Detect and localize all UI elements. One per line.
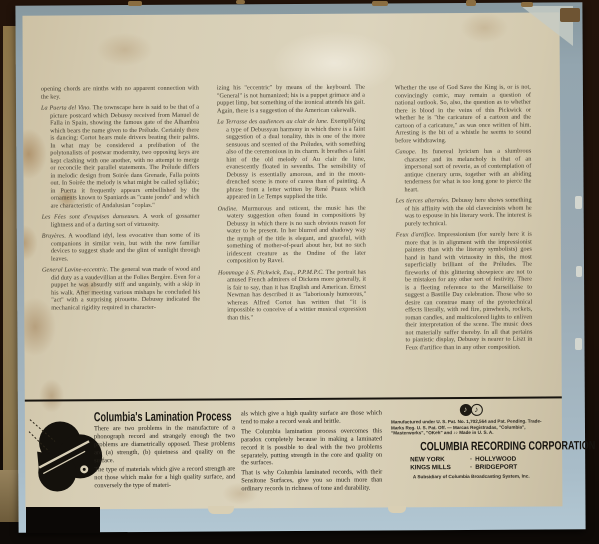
subsidiary-line: A Subsidiary of Columbia Broadcasting Sy…: [391, 474, 551, 480]
notes-entry: Les tierces alternées. Debussy here show…: [396, 197, 532, 228]
entry-title: Les tierces alternées.: [396, 197, 450, 204]
entry-title: Les Fées sont d'exquises danseuses.: [42, 213, 140, 221]
lamination-paragraph: There are two problems in the manufactur…: [94, 424, 235, 464]
notes-paragraph: Whether the use of God Save the King is,…: [395, 84, 531, 145]
entry-title: Canope.: [395, 148, 416, 155]
entry-title: La Terrasse des audiences au clair de lu…: [217, 118, 329, 126]
entry-text: A woodland idyl, less evocative than som…: [51, 232, 200, 262]
lamination-paragraph: That is why Columbia laminated records, …: [241, 469, 382, 494]
album-cover-board: opening chords are ninths with no appare…: [15, 2, 585, 532]
notes-paragraph: izing his "eccentric" by means of the ke…: [217, 84, 365, 115]
entry-title: Ondine.: [218, 205, 238, 212]
entry-title: Hommage à S. Pickwick, Esq., P.P.M.P.C.: [218, 268, 324, 276]
entry-text: Murmurous and reticent, the music has th…: [227, 204, 366, 264]
lamination-paragraph: als which give a high quality surface ar…: [241, 410, 382, 427]
notes-column-3: Whether the use of God Save the King is,…: [395, 84, 533, 352]
magic-notes-logo-icon: ♪ ♪: [391, 402, 551, 417]
city-separator: ·: [467, 456, 475, 464]
entry-title: Feux d'artifice.: [396, 231, 436, 238]
notes-entry: Canope. Its funereal lyricism has a slum…: [395, 148, 531, 194]
edge-chip: [128, 1, 142, 6]
entry-title: Bruyères.: [42, 232, 66, 239]
entry-text: Impressionism (for surely here it is mor…: [405, 231, 533, 351]
lamination-text-column-1: Columbia's Lamination Process There are …: [94, 412, 235, 490]
bottom-tear-notch: [208, 506, 234, 514]
shadow-bottom-left: [26, 507, 100, 533]
plant-cities: NEW YORK · HOLLYWOOD KINGS MILLS · BRIDG…: [410, 456, 532, 473]
liner-notes-paper: opening chords are ninths with no appare…: [22, 12, 562, 509]
torn-corner-chip: [560, 8, 580, 22]
notes-entry: Bruyères. A woodland idyl, less evocativ…: [42, 232, 200, 263]
entry-text: Exemplifying a type of Debussyan harmony…: [226, 118, 365, 201]
photo-of-album-back-cover: opening chords are ninths with no appare…: [0, 0, 599, 544]
notes-entry: Feux d'artifice. Impressionism (for sure…: [396, 231, 533, 352]
entry-title: La Puerta del Vino.: [41, 104, 91, 111]
lamination-heading: Columbia's Lamination Process: [94, 413, 193, 422]
patent-fine-print: Manufactured under U. S. Pat. No. 1,702,…: [391, 418, 551, 436]
lamination-paragraph: The type of materials which give a recor…: [94, 466, 235, 491]
edge-chip-right: [575, 338, 582, 350]
lamination-paragraph: The Columbia lamination process overcome…: [241, 427, 382, 467]
notes-column-1: opening chords are ninths with no appare…: [41, 85, 200, 312]
magic-note-left-icon: ♪: [459, 404, 471, 416]
notes-column-2: izing his "eccentric" by means of the ke…: [217, 84, 366, 322]
notes-entry: La Puerta del Vino. The townscape here i…: [41, 104, 200, 210]
edge-chip-right: [576, 266, 582, 277]
edge-chip: [236, 0, 245, 4]
lamination-panel: Columbia's Lamination Process There are …: [25, 398, 563, 509]
edge-chip: [466, 0, 476, 6]
city-kings-mills: KINGS MILLS: [410, 464, 467, 472]
edge-chip: [372, 1, 388, 6]
entry-text: opening chords are ninths with no appare…: [41, 85, 199, 100]
notes-paragraph: opening chords are ninths with no appare…: [41, 85, 199, 101]
lamination-text-column-2: als which give a high quality surface ar…: [241, 408, 383, 494]
magic-note-right-icon: ♪: [470, 404, 482, 416]
cities-row-2: KINGS MILLS · BRIDGEPORT: [410, 464, 532, 473]
entry-text: Its funereal lyricism has a slumbrous ch…: [404, 148, 531, 193]
notes-entry: Les Fées sont d'exquises danseuses. A wo…: [42, 213, 200, 229]
entry-text: izing his "eccentric" by means of the ke…: [217, 84, 365, 114]
entry-title: General Lavine-eccentric.: [42, 266, 108, 273]
columbia-corp-block: ♪ ♪ Manufactured under U. S. Pat. No. 1,…: [391, 402, 551, 479]
edge-chip-right: [575, 196, 582, 209]
company-name: COLUMBIA RECORDING CORPORATION: [420, 438, 595, 453]
notes-entry: La Terrasse des audiences au clair de lu…: [217, 118, 366, 201]
edge-chip: [521, 2, 533, 7]
notes-entry: Ondine. Murmurous and reticent, the musi…: [218, 204, 366, 265]
notes-entry: Hommage à S. Pickwick, Esq., P.P.M.P.C. …: [218, 268, 366, 321]
city-separator: ·: [467, 464, 475, 472]
entry-text: The portrait has amused French admirers …: [227, 268, 366, 321]
city-bridgeport: BRIDGEPORT: [475, 464, 532, 472]
bottom-tear-notch: [388, 506, 406, 513]
entry-text: Whether the use of God Save the King is,…: [395, 84, 531, 144]
notes-entry: General Lavine-eccentric. The general wa…: [42, 266, 200, 312]
entry-text: The townscape here is said to be that of…: [50, 104, 200, 209]
